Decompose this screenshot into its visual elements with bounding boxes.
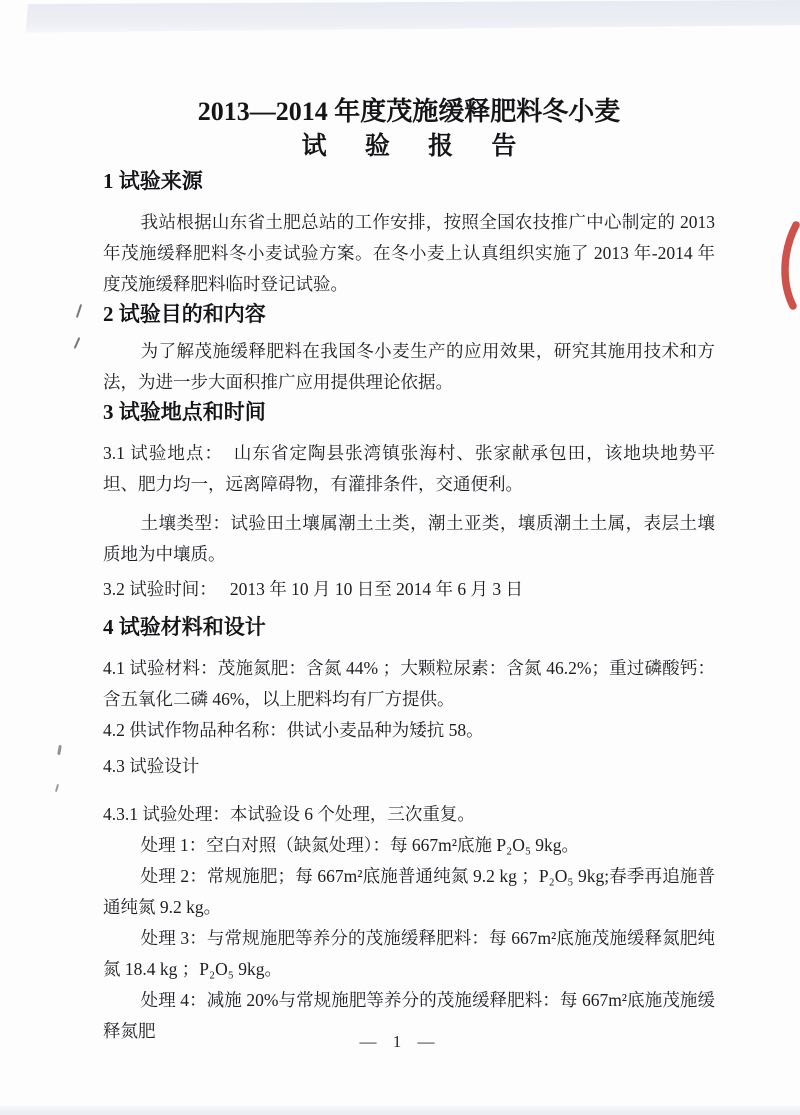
paragraph-test-source: 我站根据山东省土肥总站的工作安排，按照全国农技推广中心制定的 2013 年茂施缓… [103, 207, 715, 300]
paragraph-treatment-1: 处理 1：空白对照（缺氮处理）：每 667m²底施 P₂O₅ 9kg。 [103, 830, 715, 861]
page-number: — 1 — [0, 1032, 800, 1052]
paragraph-treatments-intro: 4.3.1 试验处理：本试验设 6 个处理，三次重复。 [103, 799, 715, 830]
paragraph-purpose: 为了解茂施缓释肥料在我国冬小麦生产的应用效果，研究其施用技术和方法，为进一步大面… [103, 336, 715, 398]
document-title-line1: 2013—2014 年度茂施缓释肥料冬小麦 [103, 95, 715, 129]
document-title-line2: 试 验 报 告 [103, 131, 715, 163]
section-heading-test-source: 1 试验来源 [103, 167, 715, 195]
paragraph-treatment-3: 处理 3：与常规施肥等养分的茂施缓释肥料：每 667m²底施茂施缓释氮肥纯氮 1… [103, 923, 715, 985]
section-heading-purpose: 2 试验目的和内容 [103, 300, 715, 328]
section-heading-location-time: 3 试验地点和时间 [103, 398, 715, 426]
red-stamp-arc-icon [740, 220, 800, 332]
ink-speck [74, 337, 81, 349]
section-heading-materials-design: 4 试验材料和设计 [103, 613, 715, 641]
scanned-document-page: 2013—2014 年度茂施缓释肥料冬小麦 试 验 报 告 1 试验来源 我站根… [0, 0, 800, 1115]
scan-edge-band-top [0, 0, 800, 34]
document-content: 2013—2014 年度茂施缓释肥料冬小麦 试 验 报 告 1 试验来源 我站根… [103, 95, 715, 1047]
paragraph-treatment-2: 处理 2：常规施肥；每 667m²底施普通纯氮 9.2 kg ；P₂O₅ 9kg… [103, 861, 715, 923]
paragraph-materials: 4.1 试验材料：茂施氮肥：含氮 44% ；大颗粒尿素：含氮 46.2%；重过磷… [103, 653, 715, 715]
paragraph-soil-type: 土壤类型：试验田土壤属潮土土类，潮土亚类，壤质潮土土属，表层土壤质地为中壤质。 [103, 508, 715, 570]
ink-speck [55, 784, 59, 792]
scan-edge-band-bottom [0, 1106, 800, 1115]
paragraph-test-time: 3.2 试验时间： 2013 年 10 月 10 日至 2014 年 6 月 3… [103, 574, 715, 605]
ink-speck [76, 304, 82, 318]
paragraph-design: 4.3 试验设计 [103, 751, 715, 782]
paragraph-crop-variety: 4.2 供试作物品种名称：供试小麦品种为矮抗 58。 [103, 715, 715, 746]
paragraph-location: 3.1 试验地点： 山东省定陶县张湾镇张海村、张家献承包田，该地块地势平坦、肥力… [103, 438, 715, 500]
ink-speck [57, 745, 62, 755]
